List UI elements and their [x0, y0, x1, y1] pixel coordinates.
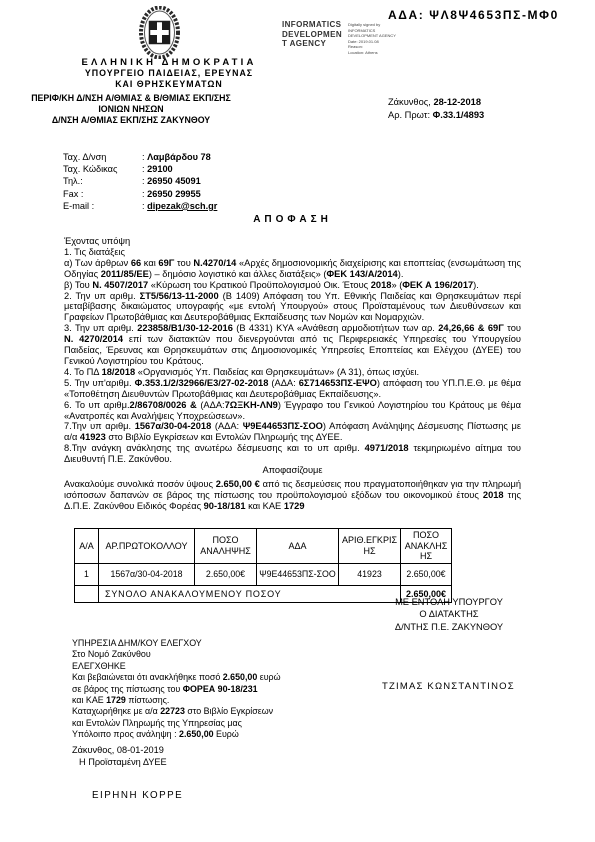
signature-line: Ο ΔΙΑΤΑΚΤΗΣ [383, 608, 515, 620]
table-header-cell: ΑΡ.ΠΡΩΤΟΚΟΛΛΟΥ [99, 529, 195, 564]
total-empty-cell [75, 585, 99, 602]
body-paragraph: 8.Την ανάγκη ανάκλησης της ανωτέρω δέσμε… [64, 443, 521, 465]
body-paragraph: Έχοντας υπόψη [64, 236, 521, 247]
contact-row-postcode: Ταχ. Κώδικας: 29100 [63, 163, 217, 175]
table-header-cell: ΑΡΙΘ.ΕΓΚΡΙΣΗΣ [339, 529, 401, 564]
signature-line: ΜΕ ΕΝΤΟΛΗ ΥΠΟΥΡΓΟΥ [383, 596, 515, 608]
minister-signature-block: ΜΕ ΕΝΤΟΛΗ ΥΠΟΥΡΓΟΥΟ ΔΙΑΤΑΚΤΗΣΔ/ΝΤΗΣ Π.Ε.… [383, 596, 515, 633]
footer-place-date: Ζάκυνθος, 08-01-2019 [72, 745, 164, 755]
greek-coat-of-arms-icon [139, 6, 180, 59]
control-line: και ΚΑΕ 1729 πίστωσης. [72, 695, 281, 706]
decide-paragraph: Ανακαλούμε συνολικά ποσόν ύψους 2.650,00… [64, 479, 521, 512]
control-line: σε βάρος της πίστωσης του ΦΟΡΕΑ 90-18/23… [72, 684, 281, 695]
stamp-detail-line: Location: Athens [348, 50, 420, 56]
body-paragraph: 2. Την υπ αριθμ. ΣΤ5/56/13-11-2000 (Β 14… [64, 291, 521, 324]
table-cell: 1567α/30-04-2018 [99, 563, 195, 585]
table-header-cell: ΠΟΣΟ ΑΝΑΛΗΨΗΣ [195, 529, 257, 564]
body-paragraph: 6. Το υπ αριθμ.2/86708/0026 & (ΑΔΑ:7ΩΞΚΗ… [64, 400, 521, 422]
digital-signature-stamp: INFORMATICSDEVELOPMENT AGENCY Digitally … [282, 20, 420, 56]
recall-table: Α/ΑΑΡ.ΠΡΩΤΟΚΟΛΛΟΥΠΟΣΟ ΑΝΑΛΗΨΗΣΑΔΑΑΡΙΘ.ΕΓ… [74, 528, 452, 603]
body-paragraph: 1. Τις διατάξεις [64, 247, 521, 258]
document-page: ΕΛΛΗΝΙΚΗ ΔΗΜΟΚΡΑΤΙΑ ΥΠΟΥΡΓΕΙΟ ΠΑΙΔΕΙΑΣ, … [0, 0, 595, 842]
control-line: και Εντολών Πληρωμής της Υπηρεσίας μας [72, 718, 281, 729]
table-row: 11567α/30-04-20182.650,00€Ψ9Ε44653ΠΣ-ΣΟΟ… [75, 563, 452, 585]
place-date-line: Ζάκυνθος, 28-12-2018 [388, 96, 484, 109]
contact-row-phone: Τηλ.:: 26950 45091 [63, 175, 217, 187]
legal-basis-paragraphs: Έχοντας υπόψη1. Τις διατάξειςα) Των άρθρ… [64, 236, 521, 465]
protocol-line: Αρ. Πρωτ: Φ.33.1/4893 [388, 109, 484, 122]
body-paragraph: 7.Την υπ αριθμ. 1567α/30-04-2018 (ΑΔΑ: Ψ… [64, 421, 521, 443]
contact-row-fax: Fax :: 26950 29955 [63, 188, 217, 200]
control-line: ΥΠΗΡΕΣΙΑ ΔΗΜ/ΚΟΥ ΕΛΕΓΧΟΥ [72, 638, 281, 649]
decision-title: ΑΠΟΦΑΣΗ [64, 214, 521, 225]
stamp-agency-line: INFORMATICS [282, 20, 342, 30]
control-line: Καταχωρήθηκε με α/α 22723 στο Βιβλίο Εγκ… [72, 706, 281, 717]
table-header-cell: ΑΔΑ [257, 529, 339, 564]
control-line: Υπόλοιπο προς ανάληψη : 2.650,00 Ευρώ [72, 729, 281, 740]
email-link[interactable]: dipezak@sch.gr [147, 201, 217, 211]
control-line: ΕΛΕΓΧΘΗΚΕ [72, 661, 281, 672]
control-line: Στο Νομό Ζακύνθου [72, 649, 281, 660]
table-header-cell: Α/Α [75, 529, 99, 564]
table-cell: 1 [75, 563, 99, 585]
table-cell: 2.650,00€ [195, 563, 257, 585]
table-cell: Ψ9Ε44653ΠΣ-ΣΟΟ [257, 563, 339, 585]
signatory-name: ΤΖΙΜΑΣ ΚΩΝΣΤΑΝΤΙΝΟΣ [382, 681, 515, 692]
decision-body: Έχοντας υπόψη1. Τις διατάξειςα) Των άρθρ… [64, 236, 521, 512]
place-date-protocol: Ζάκυνθος, 28-12-2018 Αρ. Πρωτ: Φ.33.1/48… [388, 96, 484, 121]
body-paragraph: α) Των άρθρων 66 και 69Γ του Ν.4270/14 «… [64, 258, 521, 280]
directorate-line-3: Δ/ΝΣΗ Α/ΘΜΙΑΣ ΕΚΠ/ΣΗΣ ΖΑΚΥΝΘΟΥ [0, 115, 262, 126]
contact-row-email: E-mail :: dipezak@sch.gr [63, 200, 217, 212]
protocol-number: Φ.33.1/4893 [433, 110, 485, 120]
directorate-header: ΠΕΡΙΦ/ΚΗ Δ/ΝΣΗ Α/ΘΜΙΑΣ & Β/ΘΜΙΑΣ ΕΚΠ/ΣΗΣ… [0, 93, 262, 125]
stamp-signature-details: Digitally signed byINFORMATICSDEVELOPMEN… [348, 20, 420, 56]
ministry-header: ΕΛΛΗΝΙΚΗ ΔΗΜΟΚΡΑΤΙΑ ΥΠΟΥΡΓΕΙΟ ΠΑΙΔΕΙΑΣ, … [26, 57, 312, 90]
total-label: ΣΥΝΟΛΟ ΑΝΑΚΑΛΟΥΜΕΝΟΥ ΠΟΣΟΥ [99, 585, 401, 602]
decide-heading: Αποφασίζουμε [64, 465, 521, 476]
table-cell: 2.650,00€ [401, 563, 452, 585]
table-cell: 41923 [339, 563, 401, 585]
body-paragraph: β) Του Ν. 4507/2017 «Κύρωση του Κρατικού… [64, 280, 521, 291]
footer-signatory-name: ΕΙΡΗΝΗ ΚΟΡΡΕ [92, 790, 183, 801]
footer-role: Η Προϊσταμένη ΔΥΕΕ [79, 757, 167, 767]
control-line: Και βεβαιώνεται ότι ανακλήθηκε ποσό 2.65… [72, 672, 281, 683]
stamp-agency-line: DEVELOPMEN [282, 30, 342, 40]
body-paragraph: 5. Την υπ'αριθμ. Φ.353.1/2/32966/Ε3/27-0… [64, 378, 521, 400]
stamp-agency-name: INFORMATICSDEVELOPMENT AGENCY [282, 20, 342, 56]
ministry-line-1: ΥΠΟΥΡΓΕΙΟ ΠΑΙΔΕΙΑΣ, ΕΡΕΥΝΑΣ [26, 68, 312, 79]
table-header-cell: ΠΟΣΟ ΑΝΑΚΛΗΣΗΣ [401, 529, 452, 564]
document-date: 28-12-2018 [433, 97, 481, 107]
table-header-row: Α/ΑΑΡ.ΠΡΩΤΟΚΟΛΛΟΥΠΟΣΟ ΑΝΑΛΗΨΗΣΑΔΑΑΡΙΘ.ΕΓ… [75, 529, 452, 564]
audit-control-block: ΥΠΗΡΕΣΙΑ ΔΗΜ/ΚΟΥ ΕΛΕΓΧΟΥΣτο Νομό Ζακύνθο… [72, 638, 281, 741]
directorate-line-2: ΙΟΝΙΩΝ ΝΗΣΩΝ [0, 104, 262, 115]
signature-line: Δ/ΝΤΗΣ Π.Ε. ΖΑΚΥΝΘΟΥ [383, 621, 515, 633]
republic-title: ΕΛΛΗΝΙΚΗ ΔΗΜΟΚΡΑΤΙΑ [26, 57, 312, 68]
ministry-line-2: ΚΑΙ ΘΡΗΣΚΕΥΜΑΤΩΝ [26, 79, 312, 90]
body-paragraph: 3. Την υπ αριθμ. 223858/Β1/30-12-2016 (Β… [64, 323, 521, 367]
stamp-agency-line: T AGENCY [282, 39, 342, 49]
body-paragraph: 4. Το ΠΔ 18/2018 «Οργανισμός Υπ. Παιδεία… [64, 367, 521, 378]
contact-block: Ταχ. Δ/νση: Λαμβάρδου 78 Ταχ. Κώδικας: 2… [63, 151, 217, 212]
directorate-line-1: ΠΕΡΙΦ/ΚΗ Δ/ΝΣΗ Α/ΘΜΙΑΣ & Β/ΘΜΙΑΣ ΕΚΠ/ΣΗΣ [0, 93, 262, 104]
contact-row-address: Ταχ. Δ/νση: Λαμβάρδου 78 [63, 151, 217, 163]
